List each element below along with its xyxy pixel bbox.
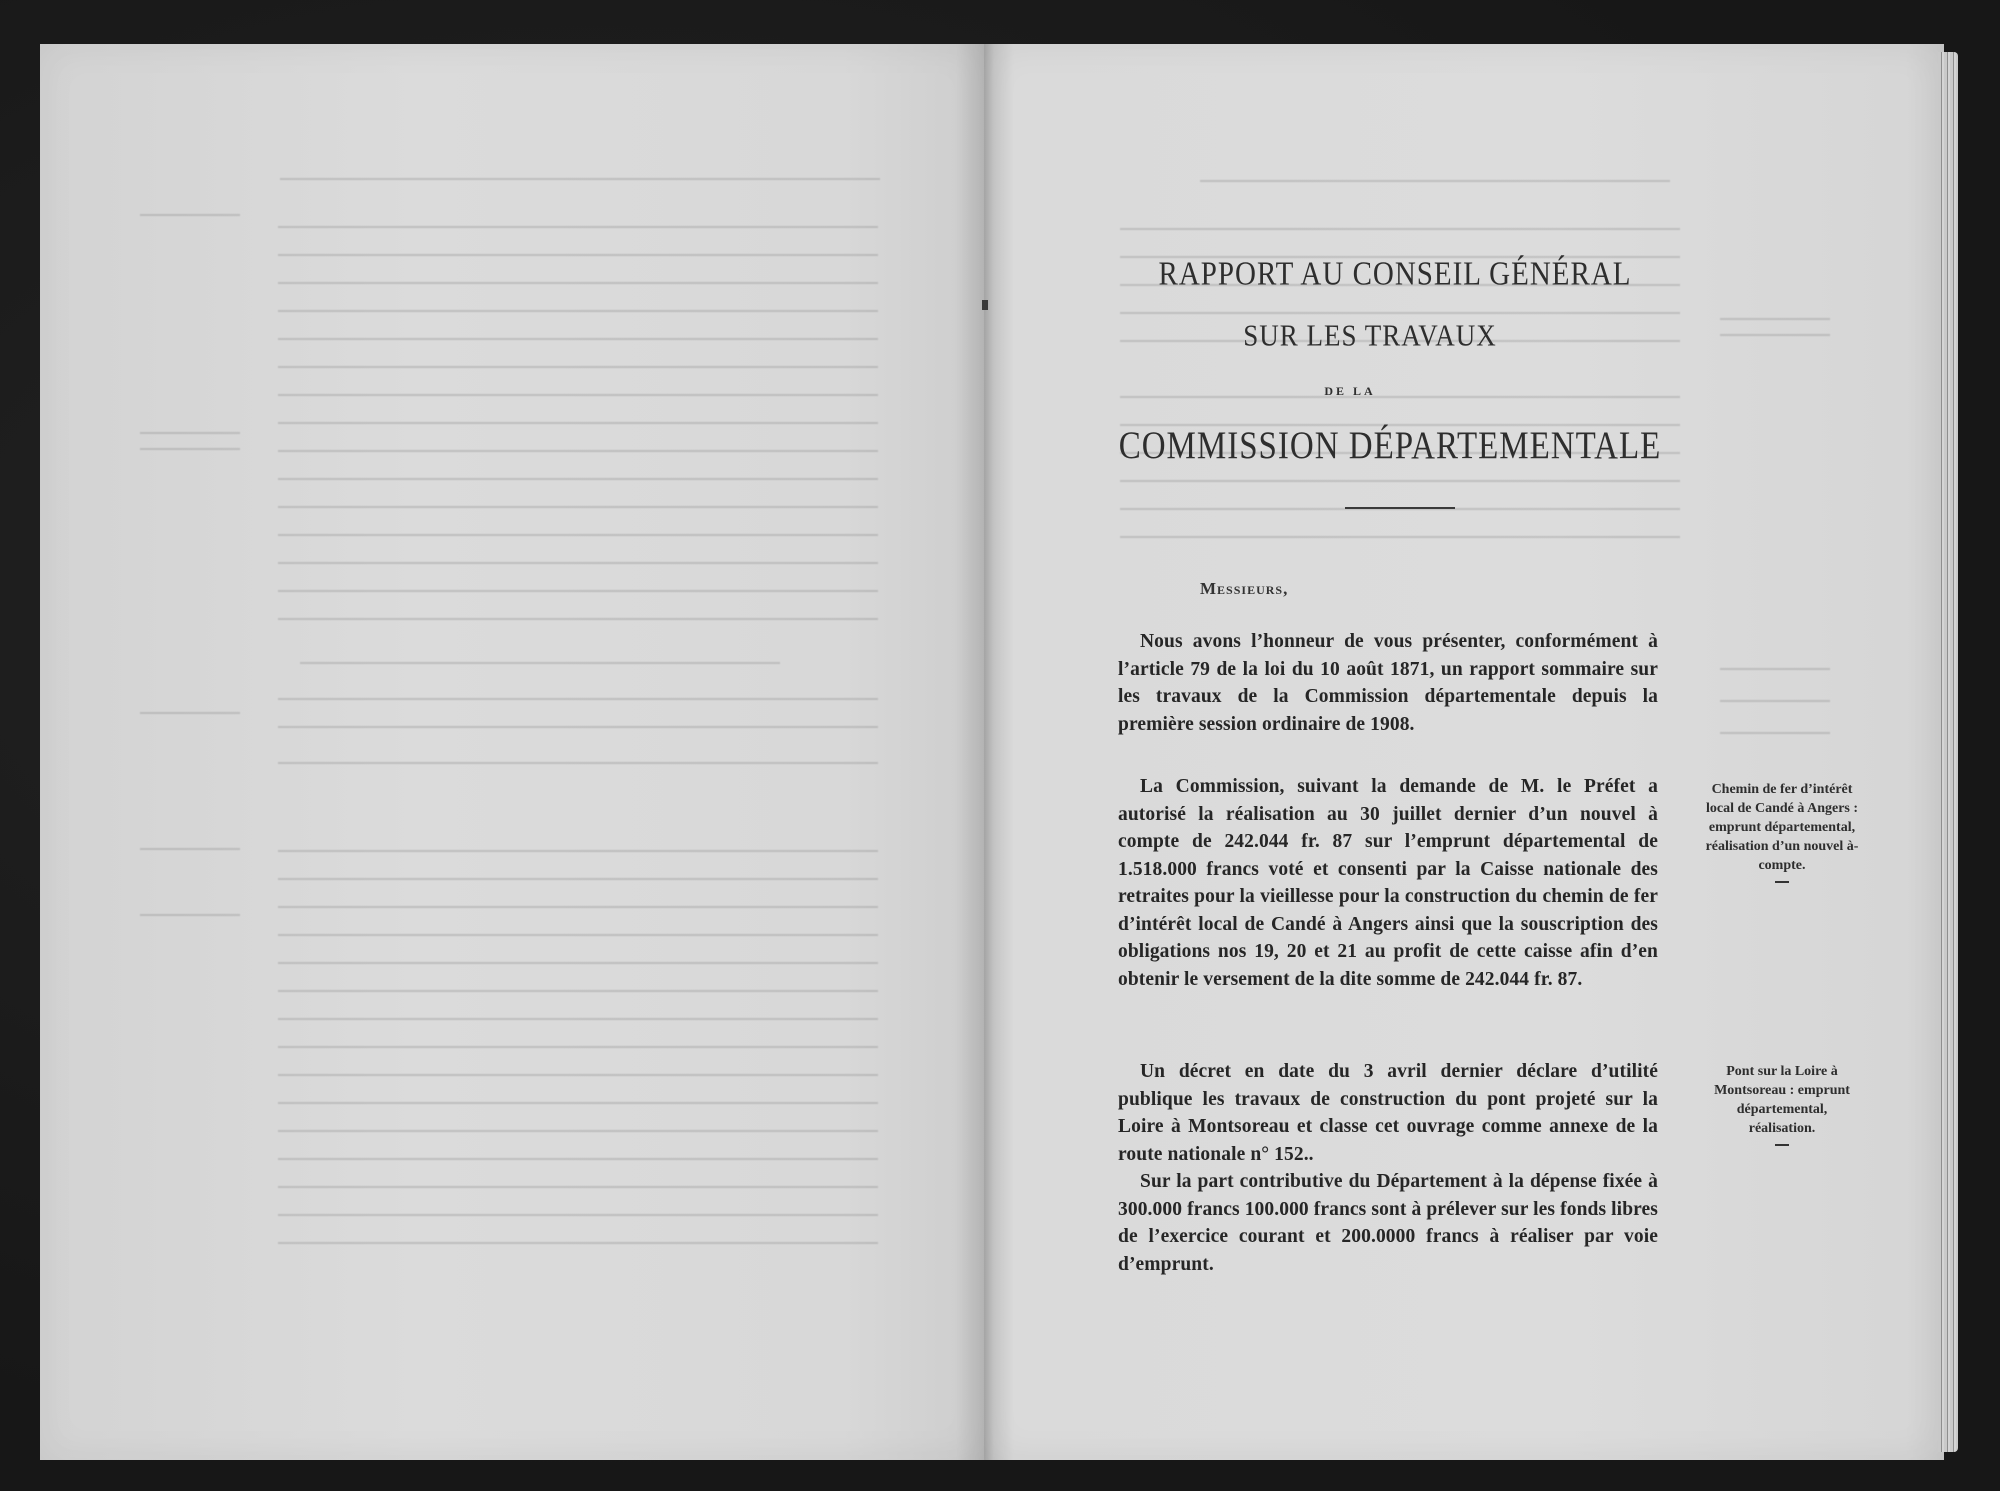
- paragraph-1: Nous avons l’honneur de vous présenter, …: [1118, 628, 1658, 738]
- margin-note-1-dash: [1775, 881, 1789, 883]
- spine-mark: [982, 300, 988, 310]
- title-line-1: RAPPORT AU CONSEIL GÉNÉRAL: [1110, 256, 1680, 294]
- title-divider: [1345, 507, 1455, 509]
- salutation: Messieurs,: [1200, 579, 1288, 599]
- margin-note-2-dash: [1775, 1144, 1789, 1146]
- title-line-4: COMMISSION DÉPARTEMENTALE: [1100, 424, 1680, 468]
- paragraph-4: Sur la part contributive du Département …: [1118, 1168, 1658, 1278]
- margin-note-2-text: Pont sur la Loire à Montsoreau : emprunt…: [1714, 1064, 1850, 1136]
- title-line-2: SUR LES TRAVAUX: [1135, 318, 1605, 354]
- margin-note-2: Pont sur la Loire à Montsoreau : emprunt…: [1702, 1062, 1862, 1146]
- paragraph-3: Un décret en date du 3 avril dernier déc…: [1118, 1058, 1658, 1168]
- margin-note-1-text: Chemin de fer d’intérêt local de Candé à…: [1706, 782, 1859, 873]
- page-edges-stack: [1938, 52, 1958, 1452]
- title-line-3: DE LA: [1100, 384, 1600, 399]
- paragraph-2: La Commission, suivant la demande de M. …: [1118, 773, 1658, 993]
- margin-note-1: Chemin de fer d’intérêt local de Candé à…: [1702, 780, 1862, 883]
- left-page: [40, 44, 984, 1460]
